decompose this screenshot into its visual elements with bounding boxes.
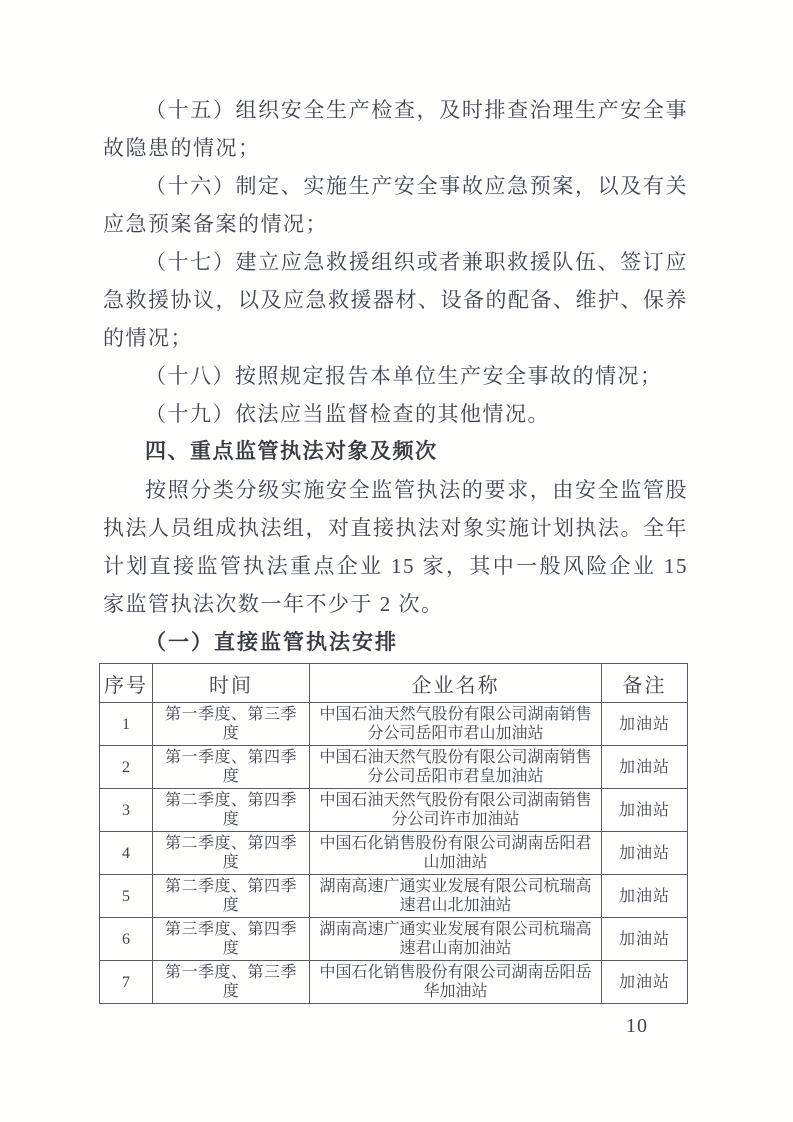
document-content: （十五）组织安全生产检查，及时排查治理生产安全事故隐患的情况； （十六）制定、实…: [103, 91, 688, 1004]
table-caption: （一）直接监管执法安排: [103, 623, 688, 661]
table-row: 1 第一季度、第三季度 中国石油天然气股份有限公司湖南销售分公司岳阳市君山加油站…: [100, 703, 688, 746]
cell-seq: 3: [100, 789, 153, 832]
cell-seq: 1: [100, 703, 153, 746]
cell-time: 第三季度、第四季度: [153, 918, 310, 961]
cell-note: 加油站: [602, 746, 688, 789]
table-row: 3 第二季度、第四季度 中国石油天然气股份有限公司湖南销售分公司许市加油站 加油…: [100, 789, 688, 832]
cell-company: 湖南高速广通实业发展有限公司杭瑞高速君山南加油站: [310, 918, 602, 961]
table-row: 6 第三季度、第四季度 湖南高速广通实业发展有限公司杭瑞高速君山南加油站 加油站: [100, 918, 688, 961]
table-row: 5 第二季度、第四季度 湖南高速广通实业发展有限公司杭瑞高速君山北加油站 加油站: [100, 875, 688, 918]
cell-time: 第一季度、第四季度: [153, 746, 310, 789]
cell-seq: 5: [100, 875, 153, 918]
table-header-row: 序号 时间 企业名称 备注: [100, 664, 688, 703]
table-row: 2 第一季度、第四季度 中国石油天然气股份有限公司湖南销售分公司岳阳市君皇加油站…: [100, 746, 688, 789]
header-seq: 序号: [100, 664, 153, 703]
cell-seq: 2: [100, 746, 153, 789]
clause-paragraph-19: （十九）依法应当监督检查的其他情况。: [103, 395, 688, 433]
header-time: 时间: [153, 664, 310, 703]
clause-paragraph-16: （十六）制定、实施生产安全事故应急预案，以及有关应急预案备案的情况；: [103, 167, 688, 243]
table-row: 4 第二季度、第四季度 中国石化销售股份有限公司湖南岳阳君山加油站 加油站: [100, 832, 688, 875]
cell-time: 第一季度、第三季度: [153, 961, 310, 1004]
cell-time: 第二季度、第四季度: [153, 789, 310, 832]
cell-note: 加油站: [602, 703, 688, 746]
cell-note: 加油站: [602, 918, 688, 961]
page-number: 10: [626, 1015, 648, 1038]
cell-company: 中国石化销售股份有限公司湖南岳阳岳华加油站: [310, 961, 602, 1004]
section-heading: 四、重点监管执法对象及频次: [103, 433, 688, 471]
cell-note: 加油站: [602, 789, 688, 832]
document-page: （十五）组织安全生产检查，及时排查治理生产安全事故隐患的情况； （十六）制定、实…: [0, 0, 793, 1122]
cell-note: 加油站: [602, 875, 688, 918]
cell-company: 中国石油天然气股份有限公司湖南销售分公司岳阳市君皇加油站: [310, 746, 602, 789]
cell-time: 第一季度、第三季度: [153, 703, 310, 746]
cell-note: 加油站: [602, 832, 688, 875]
table-row: 7 第一季度、第三季度 中国石化销售股份有限公司湖南岳阳岳华加油站 加油站: [100, 961, 688, 1004]
cell-time: 第二季度、第四季度: [153, 875, 310, 918]
cell-company: 中国石油天然气股份有限公司湖南销售分公司岳阳市君山加油站: [310, 703, 602, 746]
cell-company: 中国石油天然气股份有限公司湖南销售分公司许市加油站: [310, 789, 602, 832]
cell-company: 中国石化销售股份有限公司湖南岳阳君山加油站: [310, 832, 602, 875]
clause-paragraph-17: （十七）建立应急救援组织或者兼职救援队伍、签订应急救援协议，以及应急救援器材、设…: [103, 243, 688, 357]
cell-seq: 7: [100, 961, 153, 1004]
section-body-paragraph: 按照分类分级实施安全监管执法的要求，由安全监管股执法人员组成执法组，对直接执法对…: [103, 471, 688, 623]
cell-time: 第二季度、第四季度: [153, 832, 310, 875]
header-note: 备注: [602, 664, 688, 703]
enforcement-schedule-table: 序号 时间 企业名称 备注 1 第一季度、第三季度 中国石油天然气股份有限公司湖…: [99, 663, 688, 1004]
cell-seq: 6: [100, 918, 153, 961]
clause-paragraph-15: （十五）组织安全生产检查，及时排查治理生产安全事故隐患的情况；: [103, 91, 688, 167]
header-company: 企业名称: [310, 664, 602, 703]
clause-paragraph-18: （十八）按照规定报告本单位生产安全事故的情况；: [103, 357, 688, 395]
cell-note: 加油站: [602, 961, 688, 1004]
cell-company: 湖南高速广通实业发展有限公司杭瑞高速君山北加油站: [310, 875, 602, 918]
cell-seq: 4: [100, 832, 153, 875]
